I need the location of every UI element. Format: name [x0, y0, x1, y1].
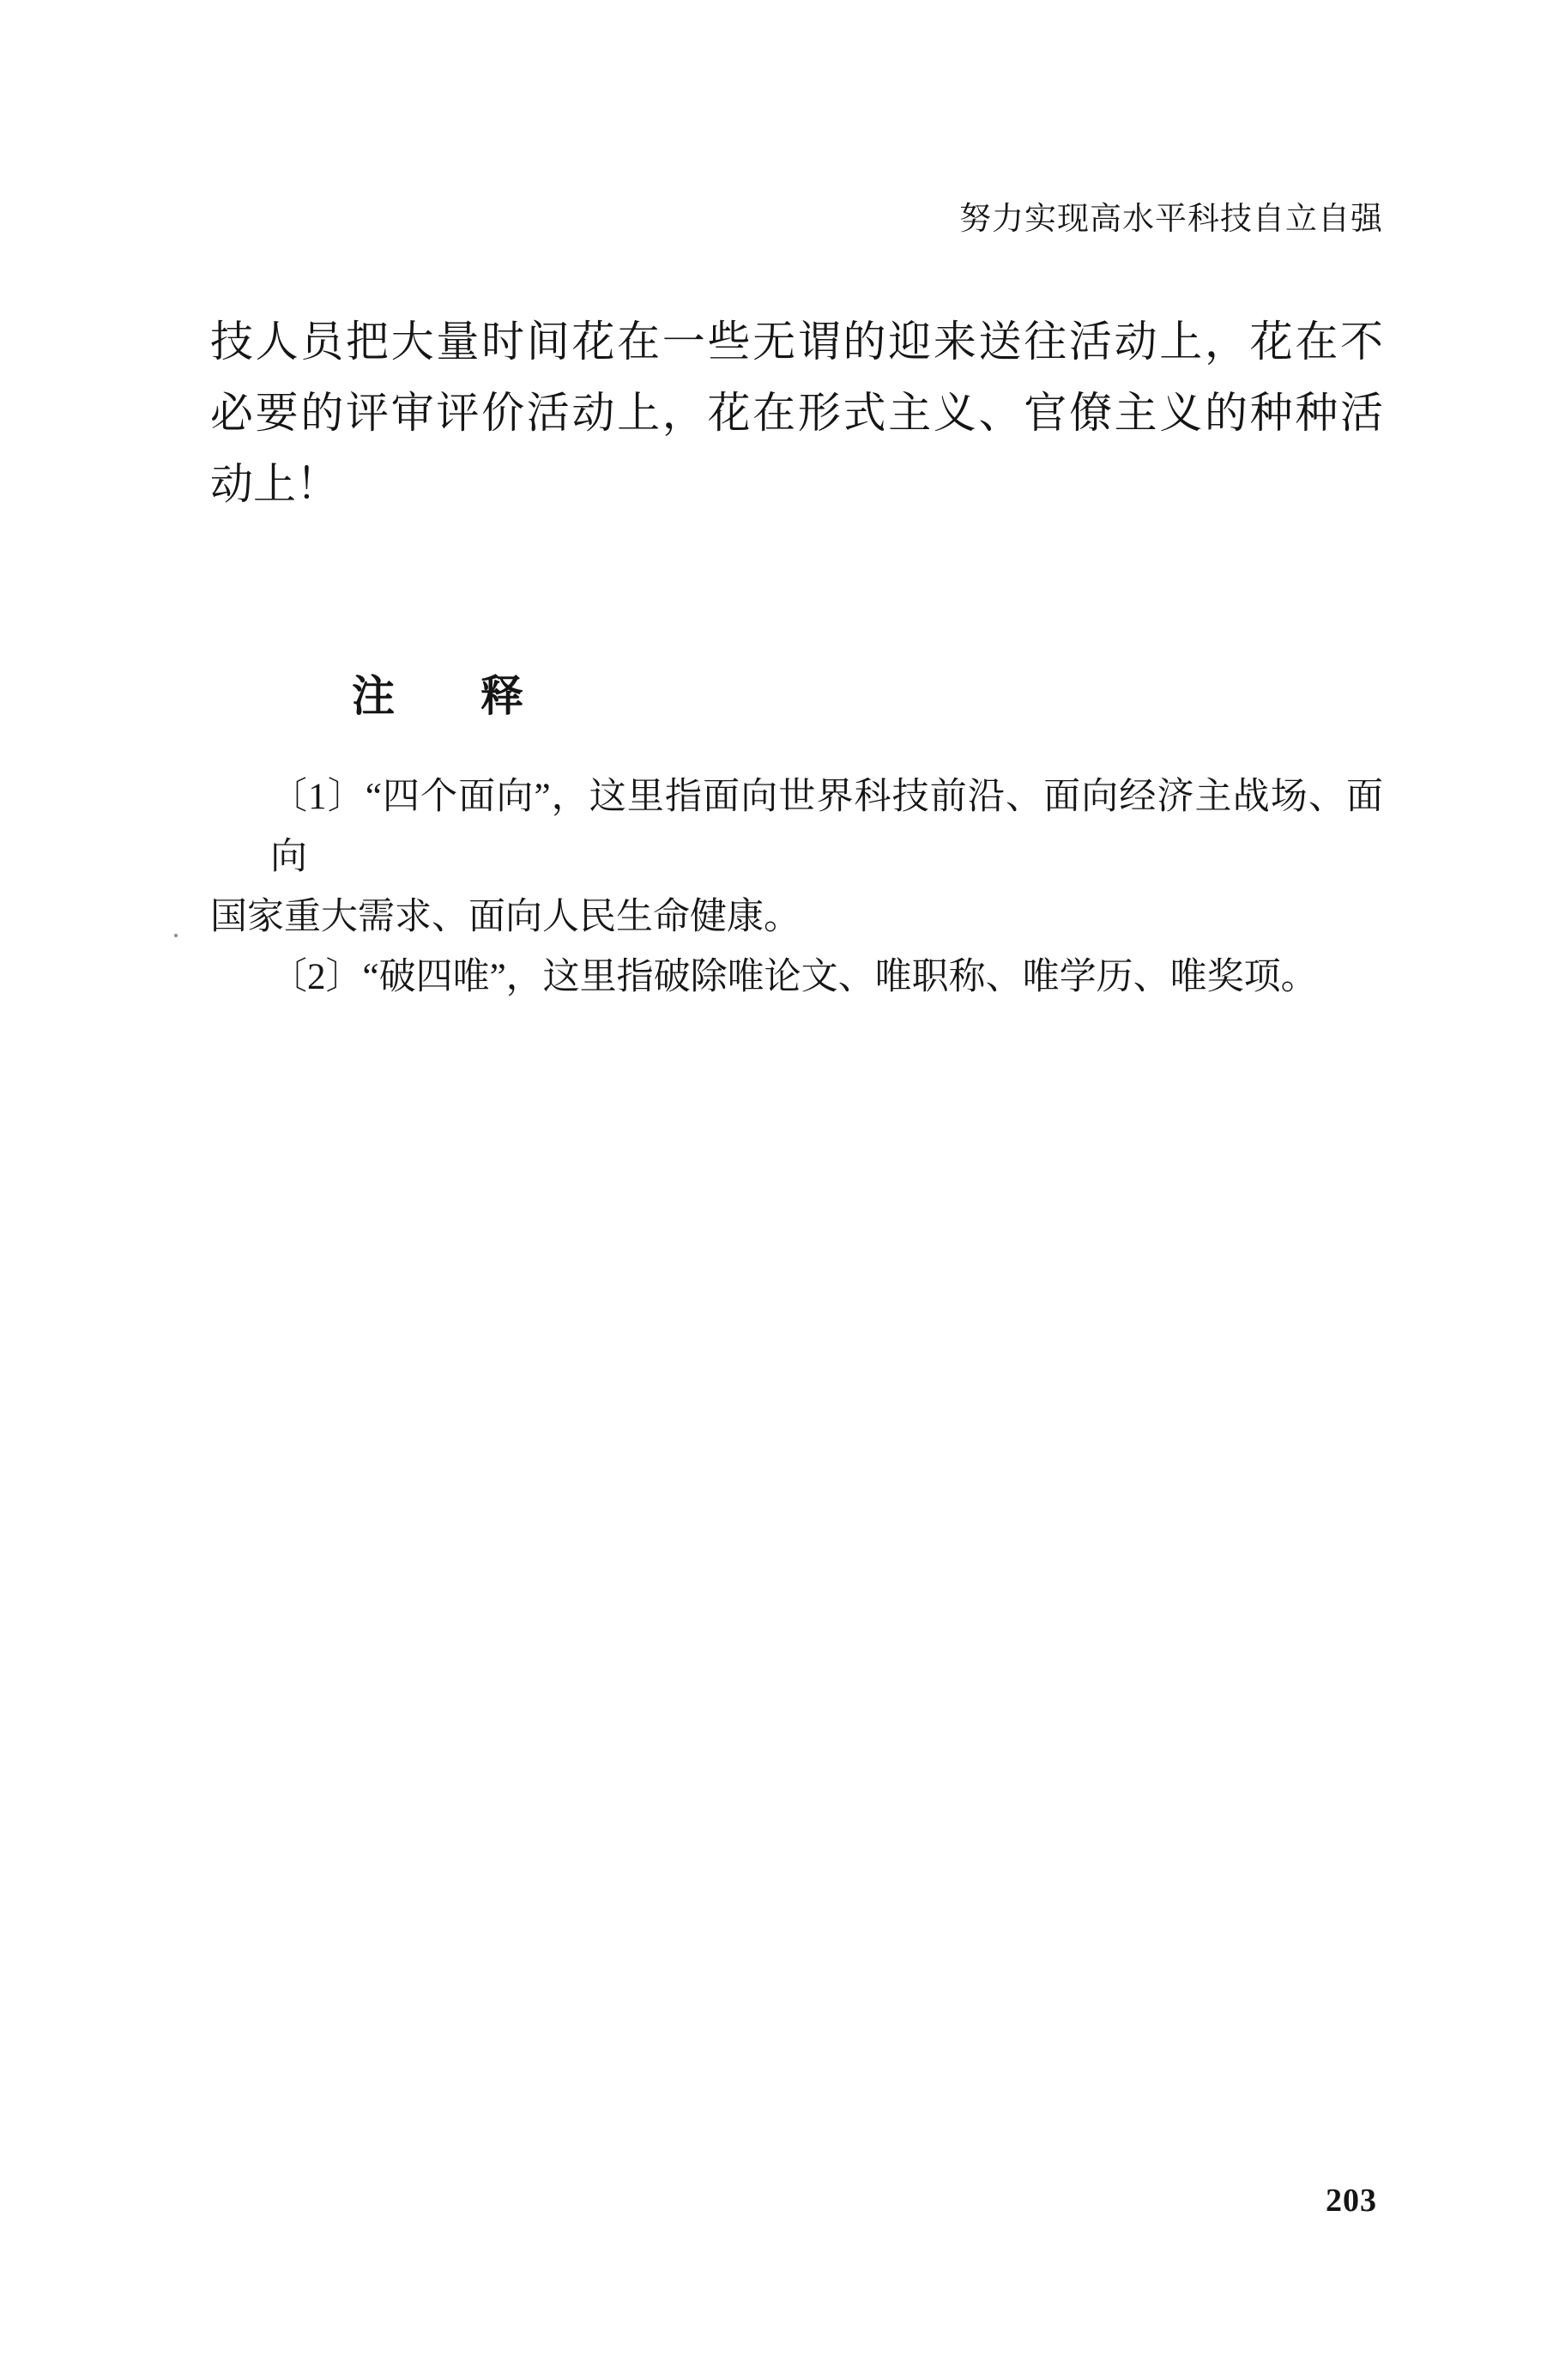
- body-line: 技人员把大量时间花在一些无谓的迎来送往活动上，花在不: [210, 306, 1383, 378]
- scan-artifact-dot: [174, 934, 178, 937]
- note-line: 〔1〕“四个面向”，这里指面向世界科技前沿、面向经济主战场、面向: [210, 767, 1383, 887]
- notes-heading-char: 释: [480, 675, 523, 718]
- notes-heading-char: 注: [352, 675, 395, 718]
- note-line: 〔2〕“破四唯”，这里指破除唯论文、唯职称、唯学历、唯奖项。: [210, 948, 1383, 1008]
- book-page: 努力实现高水平科技自立自强 技人员把大量时间花在一些无谓的迎来送往活动上，花在不…: [0, 0, 1547, 2380]
- page-number: 203: [1326, 2184, 1377, 2217]
- body-paragraph: 技人员把大量时间花在一些无谓的迎来送往活动上，花在不 必要的评审评价活动上，花在…: [210, 306, 1383, 520]
- body-line: 必要的评审评价活动上，花在形式主义、官僚主义的种种活: [210, 378, 1383, 449]
- note-line: 国家重大需求、面向人民生命健康。: [210, 887, 1383, 948]
- running-head: 努力实现高水平科技自立自强: [959, 203, 1383, 235]
- body-line: 动上！: [210, 449, 1383, 520]
- notes-heading: 注 释: [352, 675, 523, 718]
- notes-list: 〔1〕“四个面向”，这里指面向世界科技前沿、面向经济主战场、面向 国家重大需求、…: [210, 767, 1383, 1008]
